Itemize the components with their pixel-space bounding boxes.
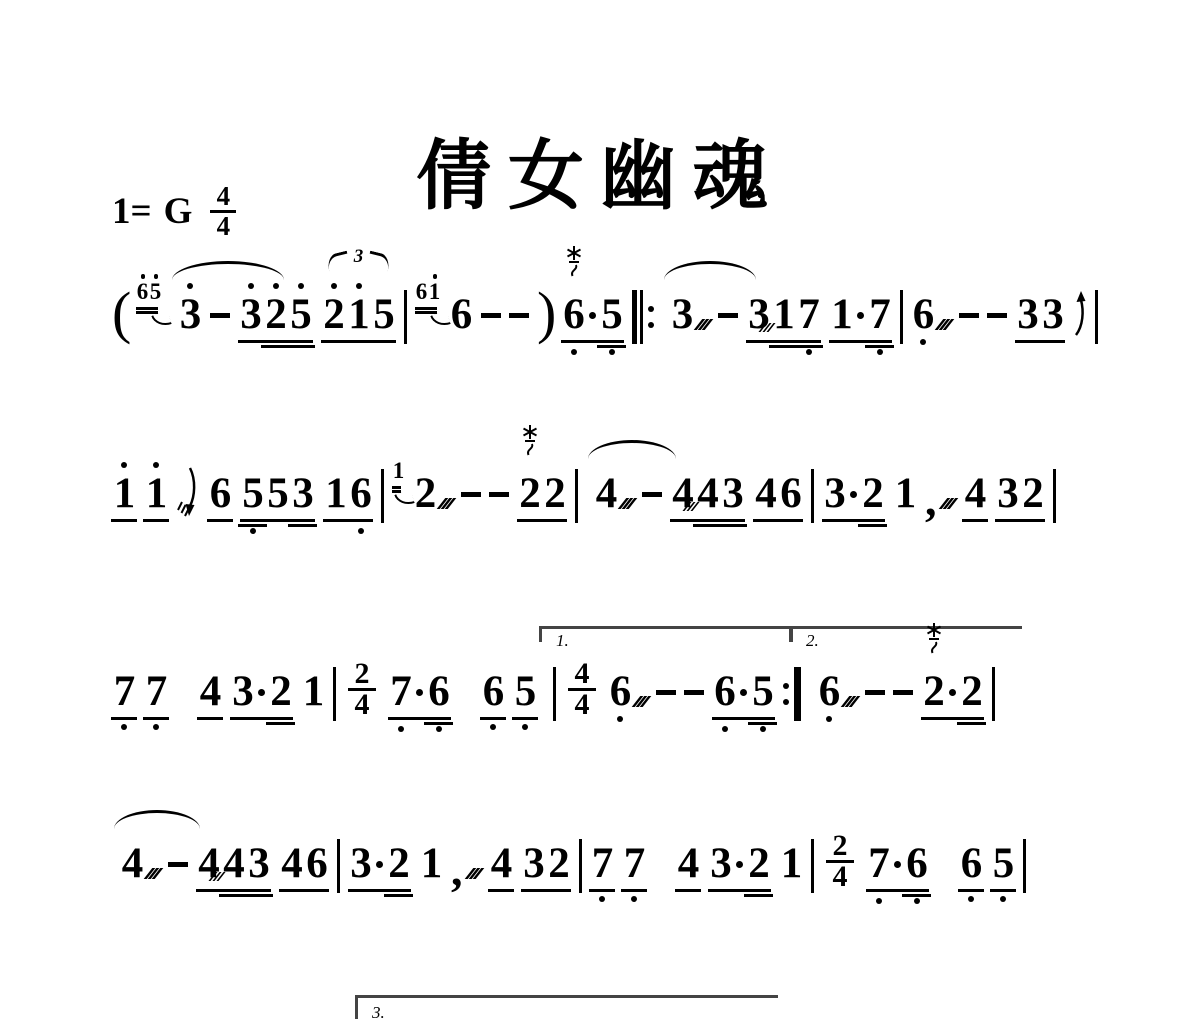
volta-label: 3.	[372, 1003, 385, 1019]
grace-notes: 65	[136, 280, 162, 324]
note: 3	[522, 842, 545, 886]
beam-line-2	[858, 524, 887, 527]
note: 2	[413, 472, 437, 516]
barline	[1095, 290, 1098, 344]
grace-beam-line	[415, 311, 437, 314]
octave-dot-below	[631, 896, 637, 902]
tonic-prefix: 1=	[112, 190, 152, 233]
sheet-music-page: { "colors": {"ink": "#000000", "paper": …	[0, 0, 1200, 1019]
beam-group: 443	[670, 472, 745, 516]
note: 2	[960, 670, 983, 714]
grace-note: 6	[136, 280, 149, 304]
note: 5	[991, 842, 1015, 886]
beam-line	[670, 519, 745, 522]
huazhi-slashes-icon	[939, 293, 951, 337]
ornament-holder	[925, 622, 943, 663]
beam-line-2	[266, 722, 295, 725]
triplet-arc-left	[325, 251, 350, 272]
beam-line-2	[244, 894, 273, 897]
beam-line	[866, 889, 929, 892]
grace-notes: 1	[392, 459, 405, 503]
note: 1	[112, 472, 136, 516]
beam-group: 76	[388, 670, 451, 714]
dot	[648, 306, 654, 312]
grace-note: 5	[149, 280, 162, 304]
note: 6	[959, 842, 983, 886]
time-sig-denominator: 4	[833, 864, 848, 890]
beam-group: 16	[323, 472, 373, 516]
augmentation-dot	[373, 842, 386, 886]
beam-group: 325	[238, 293, 313, 337]
breath-comma: ,	[451, 848, 465, 892]
repeat-dots	[783, 667, 789, 721]
beam-line	[279, 889, 329, 892]
repeat-end-barline	[783, 667, 801, 721]
beam-line-2	[424, 722, 453, 725]
note: 1	[419, 842, 443, 886]
huazhi-slashes-icon	[686, 502, 698, 514]
beam-line-2	[288, 524, 317, 527]
barline	[579, 839, 582, 893]
beam-group: 32	[708, 842, 771, 886]
repeat-begin-barline	[632, 290, 654, 344]
note: 7	[389, 670, 412, 714]
octave-dot-above	[433, 274, 438, 279]
time-sig-numerator: 2	[833, 833, 848, 859]
trill-ornament-icon	[565, 245, 583, 281]
note: 4	[198, 670, 222, 714]
octave-dot-below	[398, 726, 404, 732]
note: 4	[963, 472, 987, 516]
augmentation-dot	[413, 670, 426, 714]
beam-line	[746, 340, 821, 343]
octave-dot-above	[141, 274, 146, 279]
barline	[381, 469, 384, 523]
beam-group: 443	[196, 842, 271, 886]
barline	[811, 469, 814, 523]
beam-line-2	[957, 722, 986, 725]
octave-dot-below	[599, 896, 605, 902]
spacer	[937, 842, 951, 846]
octave-dot-above	[121, 462, 127, 468]
beam-line	[712, 717, 775, 720]
beam-line-2	[794, 345, 823, 348]
note: 6	[817, 670, 841, 714]
note: 5	[289, 293, 312, 337]
time-signature: 24	[344, 661, 380, 718]
note: 4	[754, 472, 777, 516]
beam-group: 33	[1015, 293, 1065, 337]
duration-dash	[168, 862, 188, 867]
parenthesis: )	[537, 291, 553, 335]
volta-line: 2.	[789, 626, 1022, 642]
note: 1	[893, 472, 917, 516]
note: 1	[301, 670, 325, 714]
octave-dot-below	[153, 724, 159, 730]
beam-group: 32	[822, 472, 885, 516]
octave-dot-above	[248, 283, 254, 289]
note: 1	[772, 293, 795, 337]
octave-dot-below	[609, 349, 615, 355]
grace-note: 6	[415, 280, 428, 304]
note: 2	[387, 842, 410, 886]
spacer	[459, 670, 473, 674]
grace-notes: 61	[415, 280, 441, 324]
octave-dot-below	[1000, 896, 1006, 902]
note: 6	[427, 670, 450, 714]
music-line-4: 444346321,432774321247665	[112, 842, 1026, 886]
beam-line	[1015, 340, 1065, 343]
barline	[1053, 469, 1056, 523]
grace-note: 1	[428, 280, 441, 304]
time-sig-numerator: 2	[355, 661, 370, 687]
huazhi-slashes-icon	[762, 323, 774, 335]
parenthesis: (	[112, 291, 128, 335]
note: 4	[676, 842, 700, 886]
duration-dash	[489, 492, 509, 497]
note: 7	[112, 670, 136, 714]
beam-group: 22	[517, 472, 567, 516]
note: 3	[231, 670, 254, 714]
note: 1	[144, 472, 168, 516]
beam-group: 17	[829, 293, 892, 337]
huazhi-slashes-icon	[469, 842, 481, 886]
beam-line-2	[744, 894, 773, 897]
octave-dot-below	[436, 726, 442, 732]
barline	[575, 469, 578, 523]
note: 6	[562, 293, 585, 337]
beam-group: 553	[240, 472, 315, 516]
note: 3	[721, 472, 744, 516]
note: 3	[670, 293, 694, 337]
triplet-bracket: 3	[319, 253, 398, 277]
barline	[1023, 839, 1026, 893]
beam-group: 2153	[321, 293, 396, 337]
beam-line-2	[384, 894, 413, 897]
thin-bar	[640, 290, 643, 344]
octave-dot-below	[968, 896, 974, 902]
note: 6	[208, 472, 232, 516]
beam-line	[517, 519, 567, 522]
dot	[648, 322, 654, 328]
beam-line	[753, 519, 803, 522]
beam-group: 32	[230, 670, 293, 714]
huazhi-slashes-icon	[698, 293, 710, 337]
beam-line	[230, 717, 293, 720]
octave-dot-below	[358, 528, 364, 534]
note: 6	[608, 670, 632, 714]
octave-dot-above	[187, 283, 193, 289]
note: 5	[513, 670, 537, 714]
augmentation-dot	[255, 670, 268, 714]
time-signature: 24	[822, 833, 858, 890]
duration-dash	[656, 690, 676, 695]
duration-dash	[642, 492, 662, 497]
octave-dot-below	[920, 339, 926, 345]
dot	[783, 699, 789, 705]
music-line-2: 116553161222444346321,432	[112, 472, 1056, 516]
time-sig-numerator: 4	[575, 661, 590, 687]
note: 3	[709, 842, 732, 886]
octave-dot-above	[356, 283, 362, 289]
beam-line-2	[902, 894, 931, 897]
note: 4	[594, 472, 618, 516]
grace-slur-icon	[151, 311, 171, 330]
octave-dot-below	[722, 726, 728, 732]
beam-group: 76	[866, 842, 929, 886]
note: 5	[241, 472, 264, 516]
note: 3	[349, 842, 372, 886]
octave-dot-below	[826, 716, 832, 722]
barline	[992, 667, 995, 721]
volta-label: 2.	[806, 631, 819, 651]
ornament-holder	[565, 245, 583, 286]
duration-dash	[481, 313, 501, 318]
thick-bar	[794, 667, 801, 721]
grace-beam-line	[392, 486, 401, 489]
spacer	[654, 842, 668, 846]
volta-label: 1.	[556, 631, 569, 651]
beam-line-2	[748, 722, 777, 725]
octave-dot-above	[273, 283, 279, 289]
octave-dot-below	[877, 349, 883, 355]
grace-beam-line	[415, 307, 437, 310]
octave-dot-above	[154, 274, 159, 279]
duration-dash	[509, 313, 529, 318]
beam-group: 22	[921, 670, 984, 714]
music-line-3: 7743212476651.446652.622	[112, 670, 995, 714]
barline	[811, 839, 814, 893]
beam-line	[388, 717, 451, 720]
trill-ornament-icon	[925, 622, 943, 658]
note: 5	[751, 670, 774, 714]
note: 6	[905, 842, 928, 886]
trill-ornament-icon	[521, 424, 539, 460]
volta-line: 1.	[539, 626, 793, 642]
grace-note: 1	[392, 459, 405, 483]
key-letter: G	[164, 190, 193, 233]
huazhi-slashes-icon	[845, 670, 857, 714]
duration-dash	[718, 313, 738, 318]
note: 6	[481, 670, 505, 714]
huazhi-slashes-icon	[622, 472, 634, 516]
tie-curve	[588, 440, 676, 459]
beam-line-2	[718, 524, 747, 527]
duration-dash	[684, 690, 704, 695]
note: 6	[911, 293, 935, 337]
beam-group: 46	[279, 842, 329, 886]
beam-line	[561, 340, 624, 343]
key-signature: 1= G 4 4	[112, 182, 236, 240]
note: 5	[372, 293, 395, 337]
note: 6	[349, 472, 372, 516]
note: 6	[779, 472, 802, 516]
octave-dot-above	[331, 283, 337, 289]
note: 2	[518, 472, 541, 516]
huazhi-slashes-icon	[636, 670, 648, 714]
breath-comma: ,	[925, 478, 939, 522]
duration-dash	[865, 690, 885, 695]
augmentation-dot	[733, 842, 746, 886]
beam-group: 317	[746, 293, 821, 337]
grace-beam-line	[136, 307, 158, 310]
note: 4	[222, 842, 245, 886]
time-sig-denominator: 4	[355, 692, 370, 718]
octave-dot-below	[490, 724, 496, 730]
huazhi-slashes-icon	[943, 472, 955, 516]
beam-group: 46	[753, 472, 803, 516]
augmentation-dot	[847, 472, 860, 516]
note: 2	[547, 842, 570, 886]
tie-curve	[114, 810, 200, 829]
triplet-number: 3	[354, 249, 364, 264]
beam-line	[829, 340, 892, 343]
duration-dash	[893, 690, 913, 695]
note: 2	[264, 293, 287, 337]
volta-bracket-3: 3.	[355, 995, 778, 1019]
grace-slur-icon	[430, 311, 450, 330]
grace-slur-icon	[394, 490, 414, 509]
note: 1	[324, 472, 347, 516]
beam-line	[708, 889, 771, 892]
huazhi-slashes-icon	[441, 472, 453, 516]
note: 6	[449, 293, 473, 337]
note: 4	[489, 842, 513, 886]
beam-group: 65	[712, 670, 775, 714]
note: 6	[713, 670, 736, 714]
barline	[900, 290, 903, 344]
beam-line	[822, 519, 885, 522]
beam-line	[921, 717, 984, 720]
note: 3	[247, 842, 270, 886]
beam-line	[321, 340, 396, 343]
augmentation-dot	[854, 293, 867, 337]
thick-bar	[632, 290, 637, 344]
octave-dot-below	[760, 726, 766, 732]
music-line-1: (6533252153616)65331717633	[112, 293, 1098, 337]
note: 1	[830, 293, 853, 337]
beam-group: 32	[348, 842, 411, 886]
octave-dot-above	[298, 283, 304, 289]
beam-line-2	[865, 345, 894, 348]
barline	[333, 667, 336, 721]
meter-numerator: 4	[217, 185, 231, 208]
note: 2	[747, 842, 770, 886]
note: 7	[867, 842, 890, 886]
duration-dash	[959, 313, 979, 318]
note: 3	[178, 293, 202, 337]
augmentation-dot	[737, 670, 750, 714]
octave-dot-above	[153, 462, 159, 468]
note: 1	[347, 293, 370, 337]
grace-note-row: 65	[136, 280, 162, 304]
octave-dot-below	[121, 724, 127, 730]
octave-dot-below	[876, 898, 882, 904]
note: 2	[861, 472, 884, 516]
beam-line	[240, 519, 315, 522]
beam-group: 32	[521, 842, 571, 886]
note: 3	[291, 472, 314, 516]
meter-fraction: 4 4	[210, 185, 236, 238]
ornament-holder	[521, 424, 539, 465]
note: 3	[1016, 293, 1039, 337]
beam-group: 32	[995, 472, 1045, 516]
augmentation-dot	[586, 293, 599, 337]
note: 2	[922, 670, 945, 714]
barline	[553, 667, 556, 721]
note: 3	[823, 472, 846, 516]
beam-line	[348, 889, 411, 892]
note: 7	[868, 293, 891, 337]
beam-line-2	[597, 345, 626, 348]
augmentation-dot	[946, 670, 959, 714]
note: 3	[239, 293, 262, 337]
beam-line	[521, 889, 571, 892]
note: 7	[590, 842, 614, 886]
note: 7	[797, 293, 820, 337]
note: 2	[1021, 472, 1044, 516]
beam-group: 65	[561, 293, 624, 337]
duration-dash	[987, 313, 1007, 318]
barline	[337, 839, 340, 893]
note: 5	[266, 472, 289, 516]
grace-beam-line	[136, 311, 158, 314]
time-signature: 44	[564, 661, 600, 718]
repeat-dots	[648, 290, 654, 344]
dot	[783, 683, 789, 689]
meter-denominator: 4	[217, 215, 231, 238]
slide-down-arrow	[176, 466, 200, 518]
slide-up-arrow	[1073, 291, 1087, 337]
note: 6	[305, 842, 328, 886]
spacer	[176, 670, 190, 674]
triplet-arc-right	[367, 251, 392, 272]
note: 3	[1041, 293, 1064, 337]
duration-dash	[210, 313, 230, 318]
note: 1	[779, 842, 803, 886]
note: 4	[696, 472, 719, 516]
grace-note-row: 61	[415, 280, 441, 304]
octave-dot-below	[617, 716, 623, 722]
octave-dot-below	[806, 349, 812, 355]
time-sig-denominator: 4	[575, 692, 590, 718]
note: 2	[269, 670, 292, 714]
note: 7	[144, 670, 168, 714]
note: 2	[543, 472, 566, 516]
slide-down-icon	[176, 466, 200, 523]
octave-dot-below	[250, 528, 256, 534]
huazhi-slashes-icon	[148, 842, 160, 886]
note: 7	[622, 842, 646, 886]
octave-dot-below	[522, 724, 528, 730]
note: 2	[322, 293, 345, 337]
tie-curve	[172, 261, 284, 280]
note: 4	[120, 842, 144, 886]
barline	[404, 290, 407, 344]
beam-line-2	[286, 345, 315, 348]
duration-dash	[461, 492, 481, 497]
beam-line-2	[238, 524, 267, 527]
beam-line	[238, 340, 313, 343]
note: 3	[996, 472, 1019, 516]
beam-line	[196, 889, 271, 892]
note: 4	[280, 842, 303, 886]
augmentation-dot	[891, 842, 904, 886]
huazhi-slashes-icon	[212, 872, 224, 884]
tie-curve	[664, 261, 756, 280]
slide-up-icon	[1073, 291, 1087, 342]
grace-note-row: 1	[392, 459, 405, 483]
